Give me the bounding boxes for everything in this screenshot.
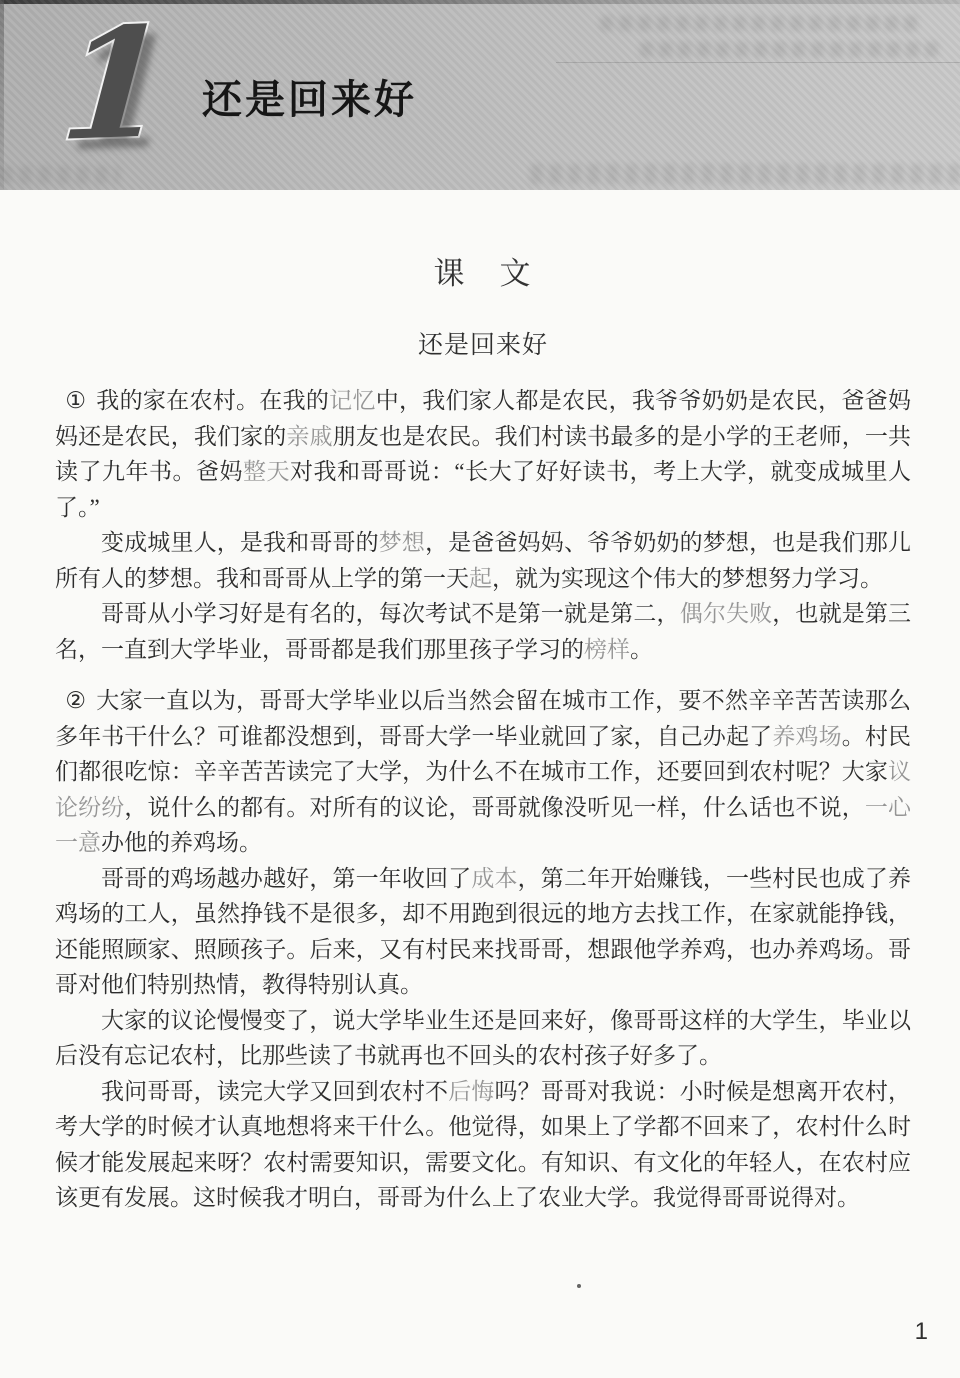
scan-left-edge (0, 0, 4, 190)
section-heading: 课 文 (55, 248, 911, 293)
vocab-highlight: 养鸡场 (772, 724, 841, 749)
vocab-highlight: 记忆 (329, 388, 376, 413)
bleedthrough-text (640, 42, 940, 57)
vocab-highlight: 成本 (471, 866, 517, 891)
paragraph-marker: ② (65, 688, 96, 713)
vocab-highlight: 亲戚 (286, 424, 332, 449)
lesson-content: 课 文 还是回来好 ① 我的家在农村。在我的记忆中，我们家人都是农民，我爷爷奶奶… (55, 190, 911, 1216)
scan-artifact-dot (577, 1284, 581, 1288)
paragraph: ② 大家一直以为，哥哥大学毕业以后当然会留在城市工作，要不然辛辛苦苦读那么多年书… (55, 683, 911, 861)
paragraph: 变成城里人，是我和哥哥的梦想，是爸爸妈妈、爷爷奶奶的梦想，也是我们那儿所有人的梦… (55, 525, 911, 596)
vocab-highlight: 后悔 (448, 1079, 494, 1104)
lesson-number: 1 (57, 6, 174, 162)
text-segment: 大家的议论慢慢变了，说大学毕业生还是回来好，像哥哥这样的大学生，毕业以后没有忘记… (55, 1008, 911, 1069)
text-segment: 哥哥的鸡场越办越好，第一年收回了 (101, 866, 471, 891)
paragraphs: ① 我的家在农村。在我的记忆中，我们家人都是农民，我爷爷奶奶是农民，爸爸妈妈还是… (55, 383, 911, 1216)
text-segment: 变成城里人，是我和哥哥的 (101, 530, 379, 555)
text-segment: 我问哥哥，读完大学又回到农村不 (101, 1079, 448, 1104)
paragraph: 大家的议论慢慢变了，说大学毕业生还是回来好，像哥哥这样的大学生，毕业以后没有忘记… (55, 1003, 911, 1074)
vocab-highlight: 榜样 (584, 637, 630, 662)
paragraph: ① 我的家在农村。在我的记忆中，我们家人都是农民，我爷爷奶奶是农民，爸爸妈妈还是… (55, 383, 911, 525)
text-segment: ，就为实现这个伟大的梦想努力学习。 (492, 566, 883, 591)
text-segment: 哥哥从小学习好是有名的，每次考试不是第一就是第二， (101, 601, 680, 626)
bleedthrough-line (556, 62, 960, 63)
page-number: 1 (915, 1318, 928, 1346)
lesson-title: 还是回来好 (202, 68, 417, 125)
vocab-highlight: 起 (469, 566, 492, 591)
vocab-highlight: 整天 (243, 459, 290, 484)
vocab-highlight: 偶尔失败 (680, 601, 773, 626)
bleedthrough-text (600, 16, 920, 31)
text-segment: 办他的养鸡场。 (101, 830, 262, 855)
bleedthrough-text (530, 164, 960, 184)
paragraph-marker: ① (65, 388, 96, 413)
text-segment: ，说什么的都有。对所有的议论，哥哥就像没听见一样，什么话也不说， (124, 795, 864, 820)
text-title: 还是回来好 (55, 325, 911, 361)
vocab-highlight: 梦想 (379, 530, 425, 555)
paragraph: 我问哥哥，读完大学又回到农村不后悔吗？哥哥对我说：小时候是想离开农村，考大学的时… (55, 1074, 911, 1216)
text-segment: 。 (630, 637, 653, 662)
paragraph: 哥哥的鸡场越办越好，第一年收回了成本，第二年开始赚钱，一些村民也成了养鸡场的工人… (55, 861, 911, 1003)
text-segment: 我的家在农村。在我的 (96, 388, 329, 413)
paragraph: 哥哥从小学习好是有名的，每次考试不是第一就是第二，偶尔失败，也就是第三名，一直到… (55, 596, 911, 667)
